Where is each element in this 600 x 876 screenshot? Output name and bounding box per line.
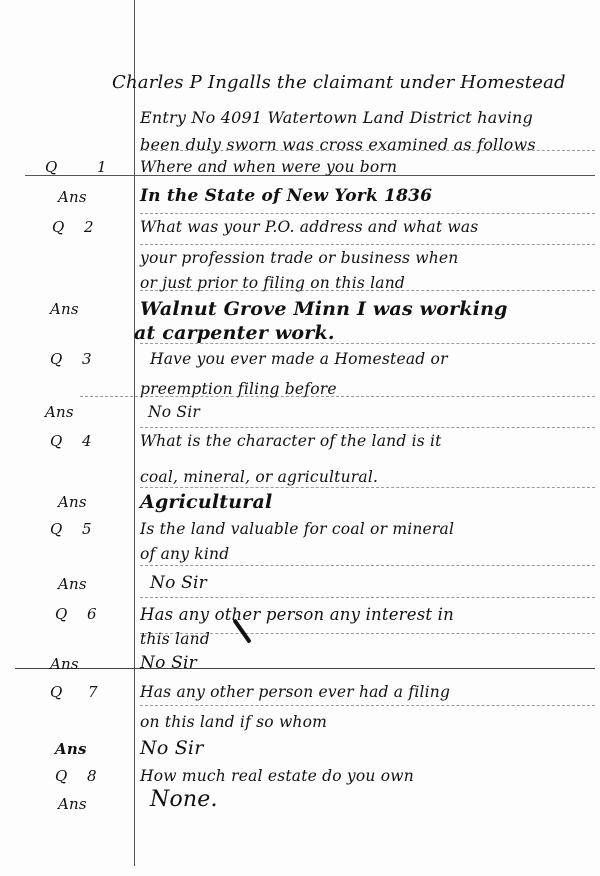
answer-text: Agricultural xyxy=(140,491,272,513)
question-text: of any kind xyxy=(140,545,229,563)
intro-line-3: been duly sworn was cross examined as fo… xyxy=(140,135,536,154)
answer-label: Ans xyxy=(55,740,87,758)
rule-line xyxy=(140,487,595,488)
rule-line xyxy=(15,668,595,669)
q-number: 1 xyxy=(97,158,107,176)
answer-text: Walnut Grove Minn I was working xyxy=(140,298,508,320)
answer-label: Ans xyxy=(58,493,87,511)
question-text: Has any other person any interest in xyxy=(140,605,454,624)
q-marker: Q xyxy=(50,683,63,701)
answer-label: Ans xyxy=(58,575,87,593)
answer-label: Ans xyxy=(58,795,87,813)
question-text: What was your P.O. address and what was xyxy=(140,218,478,236)
answer-label: Ans xyxy=(45,403,74,421)
question-text: preemption filing before xyxy=(140,380,337,398)
rule-line xyxy=(140,565,595,566)
answer-text: No Sir xyxy=(148,403,200,421)
q-number: 3 xyxy=(82,350,92,368)
intro-line-2: Entry No 4091 Watertown Land District ha… xyxy=(140,108,533,127)
q-number: 7 xyxy=(88,683,98,701)
question-text: How much real estate do you own xyxy=(140,767,414,785)
q-marker: Q xyxy=(52,218,65,236)
margin-line xyxy=(134,0,135,866)
question-text: Is the land valuable for coal or mineral xyxy=(140,520,454,538)
question-text: this land xyxy=(140,630,210,648)
question-text: Where and when were you born xyxy=(140,158,397,176)
q-marker: Q xyxy=(50,520,63,538)
q-marker: Q xyxy=(50,350,63,368)
question-text: or just prior to filing on this land xyxy=(140,274,405,292)
question-text: What is the character of the land is it xyxy=(140,432,442,450)
q-marker: Q xyxy=(45,158,58,176)
q-marker: Q xyxy=(55,767,68,785)
answer-text: at carpenter work. xyxy=(134,322,335,344)
q-number: 6 xyxy=(87,605,97,623)
answer-text: None. xyxy=(150,787,218,812)
rule-line xyxy=(140,427,595,428)
answer-text: No Sir xyxy=(150,573,207,593)
answer-text: No Sir xyxy=(140,737,203,759)
intro-line-1: Charles P Ingalls the claimant under Hom… xyxy=(112,72,566,93)
answer-label: Ans xyxy=(50,300,79,318)
rule-line xyxy=(140,705,595,706)
q-number: 4 xyxy=(82,432,92,450)
answer-text: No Sir xyxy=(140,653,197,673)
question-text: your profession trade or business when xyxy=(140,249,458,267)
handwritten-testimony-page: Charles P Ingalls the claimant under Hom… xyxy=(0,0,600,876)
q-number: 8 xyxy=(87,767,97,785)
question-text: on this land if so whom xyxy=(140,713,327,731)
rule-line xyxy=(140,213,595,214)
question-text: Have you ever made a Homestead or xyxy=(150,350,448,368)
q-marker: Q xyxy=(55,605,68,623)
q-number: 5 xyxy=(82,520,92,538)
answer-text: In the State of New York 1836 xyxy=(140,186,432,206)
question-text: Has any other person ever had a filing xyxy=(140,683,450,701)
q-number: 2 xyxy=(84,218,94,236)
rule-line xyxy=(140,597,595,598)
answer-label: Ans xyxy=(50,655,79,673)
answer-label: Ans xyxy=(58,188,87,206)
question-text: coal, mineral, or agricultural. xyxy=(140,468,378,486)
q-marker: Q xyxy=(50,432,63,450)
rule-line xyxy=(140,244,595,245)
